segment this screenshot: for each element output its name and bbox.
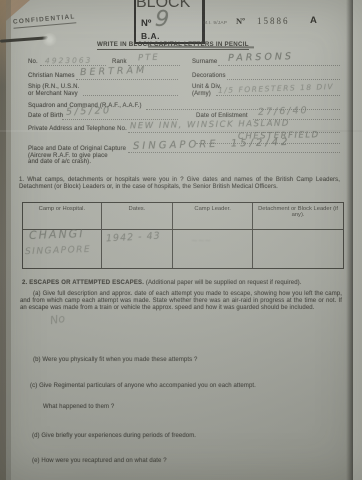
camps-table-data-row: CHANGI SINGAPORE 1942 - 43 ~~~ (23, 230, 343, 268)
form-department-ref: M.I. 9/JAP (203, 21, 227, 26)
field-line-squadron (146, 108, 340, 110)
col-header-detachment-leader: Detachment or Block Leader (if any). (252, 203, 343, 229)
form-series-letter: A (310, 15, 317, 26)
section-2a-answer: No (49, 312, 66, 327)
form-serial-number: 15886 (257, 16, 290, 26)
field-label-unit-div-2: (Army) (192, 91, 211, 98)
paper-spot-artifact (42, 33, 57, 46)
section-2d-text: (d) Give briefly your experiences during… (32, 433, 342, 440)
field-label-ship-2: or Merchant Navy (28, 91, 78, 98)
cell-dates: 1942 - 43 (101, 230, 172, 268)
page-right-margin (353, 0, 362, 480)
page-left-edge-shadow (6, 0, 11, 480)
cell-camp-or-hospital: CHANGI SINGAPORE (23, 230, 101, 268)
section-2c-followup: What happened to them ? (43, 404, 343, 411)
field-value-capture: SINGAPORE 15/2/42 (133, 137, 291, 152)
field-value-surname: PARSONS (228, 51, 294, 64)
section-2-heading: 2. ESCAPES OR ATTEMPTED ESCAPES. (Additi… (22, 280, 342, 287)
col-header-camp-or-hospital: Camp or Hospital. (23, 203, 101, 229)
camp-leader-faint-mark: ~~~ (191, 238, 211, 244)
cell-camp-leader: ~~~ (172, 230, 252, 268)
field-label-date-of-birth: Date of Birth (28, 113, 63, 120)
block-number-stamp: BLOCK Nº 9 B.A. (134, 0, 205, 44)
col-header-dates: Dates. (101, 203, 172, 229)
field-value-rank: PTE (138, 53, 160, 64)
camps-table-header-row: Camp or Hospital. Dates. Camp Leader. De… (23, 203, 343, 230)
section-2-heading-note: (Additional paper will be supplied on re… (144, 280, 301, 286)
stamp-ba-text: B.A. (141, 31, 160, 41)
field-label-no: No. (28, 59, 38, 66)
stamp-number-handwritten: 9 (154, 7, 170, 33)
field-label-rank: Rank (112, 59, 127, 66)
page-right-edge (346, 0, 353, 480)
scanned-pow-questionnaire: CONFIDENTIAL BLOCK Nº 9 B.A. M.I. 9/JAP … (0, 0, 362, 480)
section-2a-text: (a) Give full description and approx. da… (20, 291, 342, 312)
field-value-date-of-birth: 5/5/20 (66, 105, 112, 118)
camp-dates: 1942 - 43 (106, 234, 161, 243)
field-value-date-of-enlistment: 27/6/40 (258, 105, 309, 118)
stamp-no-text: Nº (141, 18, 151, 29)
section-2-heading-bold: 2. ESCAPES OR ATTEMPTED ESCAPES. (22, 280, 144, 286)
section-2b-text: (b) Were you physically fit when you mad… (33, 357, 343, 364)
camps-table: Camp or Hospital. Dates. Camp Leader. De… (22, 202, 344, 269)
camp-name-line1: CHANGI (29, 231, 85, 239)
field-line-surname (218, 64, 340, 66)
question-1-text: 1. What camps, detachments or hospitals … (19, 177, 340, 191)
classification-label: CONFIDENTIAL (13, 13, 76, 28)
pencil-strike-artifact (148, 45, 254, 47)
field-label-private-address: Private Address and Telephone No. (28, 126, 127, 133)
field-label-christian-names: Christian Names (28, 73, 75, 80)
form-number-label: Nº (236, 16, 245, 26)
camp-name-line2: SINGAPORE (25, 247, 91, 256)
section-2e-text: (e) How were you recaptured and on what … (32, 458, 342, 465)
col-header-camp-leader: Camp Leader. (172, 203, 252, 229)
field-line-christian-names (76, 78, 178, 80)
field-line-decorations (227, 78, 340, 80)
field-line-ship (83, 94, 178, 96)
field-label-decorations: Decorations (192, 73, 226, 80)
section-2c-text: (c) Give Regimental particulars of anyon… (30, 383, 342, 390)
field-line-date-of-birth (62, 118, 178, 120)
field-label-capture-3: and date of a/c crash). (28, 159, 91, 166)
field-value-christian-names: BERTRAM (80, 65, 148, 78)
cell-detachment-leader (252, 230, 343, 268)
field-label-surname: Surname (192, 59, 217, 66)
field-value-no: 4923063 (45, 56, 93, 66)
